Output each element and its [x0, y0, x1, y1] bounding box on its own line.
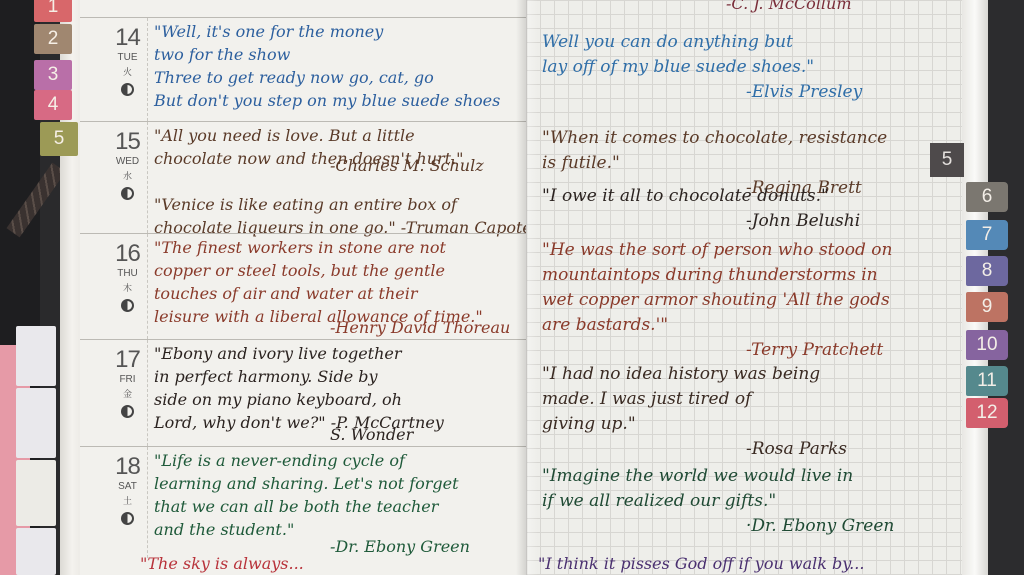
- quote-attribution: ·Dr. Ebony Green: [746, 516, 894, 536]
- weekday-label: TUE: [108, 52, 147, 63]
- weekday-label: WED: [108, 156, 147, 167]
- quote-attribution: -John Belushi: [746, 211, 860, 231]
- month-tab-1[interactable]: 1: [34, 0, 72, 22]
- handwritten-quote: "He was the sort of person who stood onm…: [542, 238, 892, 338]
- moon-phase-icon: [121, 405, 134, 418]
- date-column: 17FRI金: [108, 340, 148, 446]
- cutoff-line: "I think it pisses God off if you walk b…: [538, 552, 864, 575]
- weekday-label: FRI: [108, 374, 147, 385]
- date-column: 14TUE火: [108, 18, 148, 121]
- handwritten-quote: "Ebony and ivory live togetherin perfect…: [154, 342, 444, 434]
- month-tab-8[interactable]: 8: [966, 256, 1008, 286]
- weekday-kanji: 火: [108, 65, 147, 78]
- moon-phase-icon: [121, 512, 134, 525]
- handwritten-quote: "Life is a never-ending cycle oflearning…: [154, 449, 459, 541]
- weekday-kanji: 金: [108, 387, 147, 400]
- handwritten-quote: "I had no idea history was beingmade. I …: [542, 362, 820, 437]
- day-entry-15: 15WED水"All you need is love. But a littl…: [80, 121, 526, 233]
- date-column: 15WED水: [108, 122, 148, 233]
- handwritten-quote: "Well, it's one for the moneytwo for the…: [154, 20, 500, 112]
- handwritten-quote: Well you can do anything butlay off of m…: [542, 30, 814, 80]
- handwritten-quote: "All you need is love. But a littlechoco…: [154, 124, 526, 239]
- month-tab-2[interactable]: 2: [34, 24, 72, 54]
- quote-attribution: -Rosa Parks: [746, 439, 847, 459]
- day-entry-16: 16THU木"The finest workers in stone are n…: [80, 233, 526, 339]
- dark-backdrop-right: [988, 0, 1024, 575]
- month-tab-12[interactable]: 12: [966, 398, 1008, 428]
- page-edges-right: [962, 0, 988, 575]
- moon-phase-icon: [121, 83, 134, 96]
- handwritten-quote: "When it comes to chocolate, resistancei…: [542, 126, 887, 176]
- day-entry-18: 18SAT土"Life is a never-ending cycle ofle…: [80, 446, 526, 558]
- blank-tab: [16, 460, 56, 526]
- book-gutter: [516, 0, 538, 575]
- weekday-kanji: 木: [108, 281, 147, 294]
- month-tab-4[interactable]: 4: [34, 90, 72, 120]
- weekday-label: THU: [108, 268, 147, 279]
- month-tab-11[interactable]: 11: [966, 366, 1008, 396]
- day-number: 18: [108, 453, 147, 481]
- month-tab-6[interactable]: 6: [966, 182, 1008, 212]
- quote-attribution: S. Wonder: [330, 425, 413, 444]
- blank-tab: [16, 326, 56, 386]
- quote-attribution: -Charles M. Schulz: [330, 156, 484, 175]
- quote-attribution: -Elvis Presley: [746, 82, 862, 102]
- date-column: 18SAT土: [108, 447, 148, 558]
- quote-attribution: -Terry Pratchett: [746, 340, 883, 360]
- handwritten-quote: "Imagine the world we would live inif we…: [542, 464, 853, 514]
- blank-tab: [16, 528, 56, 575]
- quote-attribution: -Henry David Thoreau: [330, 318, 510, 337]
- left-page: 14TUE火"Well, it's one for the moneytwo f…: [80, 0, 526, 575]
- date-column: 16THU木: [108, 234, 148, 339]
- handwritten-quote: "I owe it all to chocolate donuts.": [542, 184, 829, 209]
- month-tab-5[interactable]: 5: [40, 122, 78, 156]
- quote-attribution: -C. J. McCollum: [726, 0, 852, 13]
- weekday-kanji: 水: [108, 169, 147, 182]
- day-number: 14: [108, 24, 147, 52]
- month-tab-10[interactable]: 10: [966, 330, 1008, 360]
- day-number: 16: [108, 240, 147, 268]
- month-marker: 5: [930, 143, 964, 177]
- day-entry-14: 14TUE火"Well, it's one for the moneytwo f…: [80, 17, 526, 121]
- month-tab-3[interactable]: 3: [34, 60, 72, 90]
- moon-phase-icon: [121, 299, 134, 312]
- day-number: 17: [108, 346, 147, 374]
- cutoff-line: "The sky is always...: [140, 552, 304, 575]
- weekday-kanji: 土: [108, 494, 147, 507]
- moon-phase-icon: [121, 187, 134, 200]
- day-number: 15: [108, 128, 147, 156]
- handwritten-quote: "The finest workers in stone are notcopp…: [154, 236, 483, 328]
- right-page: -C. J. McCollum Well you can do anything…: [526, 0, 962, 575]
- month-tab-7[interactable]: 7: [966, 220, 1008, 250]
- blank-tab: [16, 388, 56, 458]
- day-entry-17: 17FRI金"Ebony and ivory live togetherin p…: [80, 339, 526, 446]
- quote-attribution: -Dr. Ebony Green: [330, 537, 470, 556]
- month-tab-9[interactable]: 9: [966, 292, 1008, 322]
- weekday-label: SAT: [108, 481, 147, 492]
